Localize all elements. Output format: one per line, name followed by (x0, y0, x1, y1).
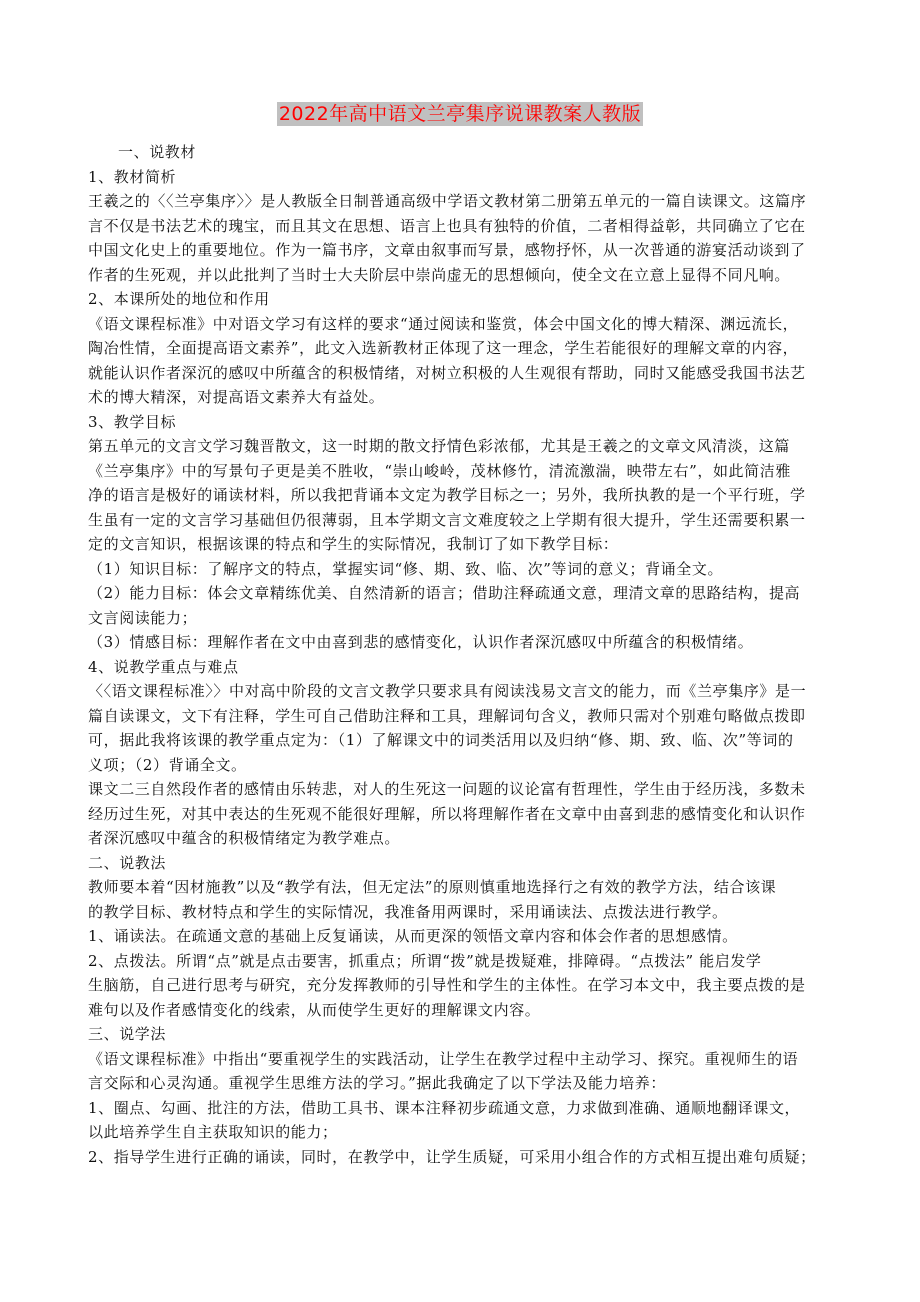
paragraph-line: 篇自读课文，文下有注释，学生可自己借助注释和工具，理解词句含义，教师只需对个别难… (88, 704, 838, 729)
document-page: 2022年高中语文兰亭集序说课教案人教版 一、说教材 1、教材简析 王羲之的〈〈… (0, 0, 920, 1302)
paragraph-line: 定的文言知识，根据该课的特点和学生的实际情况，我制订了如下教学目标： (88, 532, 838, 557)
paragraph-line: 《语文课程标准》中对语文学习有这样的要求“通过阅读和鉴赏，体会中国文化的博大精深… (88, 312, 838, 337)
paragraph-line: 可，据此我将该课的教学重点定为：（1）了解课文中的词类活用以及归纳“修、期、致、… (88, 728, 838, 753)
paragraph-line: 生脑筋，自己进行思考与研究，充分发挥教师的引导性和学生的主体性。在学习本文中，我… (88, 973, 838, 998)
paragraph-line: 义项；（2）背诵全文。 (88, 753, 838, 778)
subheading-position-role: 2、本课所处的地位和作用 (88, 287, 838, 312)
paragraph-line: 王羲之的〈〈兰亭集序〉〉是人教版全日制普通高级中学语文教材第二册第五单元的一篇自… (88, 189, 838, 214)
paragraph-line: 《语文课程标准》中指出“要重视学生的实践活动，让学生在教学过程中主动学习、探究。… (88, 1047, 838, 1072)
paragraph-line: 以此培养学生自主获取知识的能力； (88, 1120, 838, 1145)
paragraph-line: 难句以及作者感情变化的线索，从而使学生更好的理解课文内容。 (88, 998, 838, 1023)
paragraph-line: 课文二三自然段作者的感情由乐转悲，对人的生死这一问题的议论富有哲理性，学生由于经… (88, 777, 838, 802)
section-heading-learning-method: 三、说学法 (88, 1022, 838, 1047)
paragraph-line: 中国文化史上的重要地位。作为一篇书序，文章由叙事而写景，感物抒怀，从一次普通的游… (88, 238, 838, 263)
method-guidance: 2、点拨法。所谓“点”就是点击要害，抓重点；所谓“拨”就是拨疑难，排障碍。“点拨… (88, 949, 838, 974)
goal-ability: （2）能力目标：体会文章精练优美、自然清新的语言；借助注释疏通文意，理清文章的思… (88, 581, 838, 606)
paragraph-line: 陶冶性情，全面提高语文素养”，此文入选新教材正体现了这一理念，学生若能很好的理解… (88, 336, 838, 361)
learning-method-annotation: 1、圈点、勾画、批注的方法，借助工具书、课本注释初步疏通文意，力求做到准确、通顺… (88, 1096, 838, 1121)
learning-method-recitation: 2、指导学生进行正确的诵读，同时，在教学中，让学生质疑，可采用小组合作的方式相互… (88, 1145, 838, 1170)
paragraph-line: 术的博大精深，对提高语文素养大有益处。 (88, 385, 838, 410)
goal-emotion: （3）情感目标：理解作者在文中由喜到悲的感情变化，认识作者深沉感叹中所蕴含的积极… (88, 630, 838, 655)
paragraph-line: 作者的生死观，并以此批判了当时士大夫阶层中崇尚虚无的思想倾向，使全文在立意上显得… (88, 263, 838, 288)
paragraph-line: 〈〈语文课程标准〉〉中对高中阶段的文言文教学只要求具有阅读浅易文言文的能力，而《… (88, 679, 838, 704)
method-recitation: 1、诵读法。在疏通文意的基础上反复诵读，从而更深的领悟文章内容和体会作者的思想感… (88, 924, 838, 949)
document-body: 一、说教材 1、教材简析 王羲之的〈〈兰亭集序〉〉是人教版全日制普通高级中学语文… (88, 140, 838, 1169)
title-container: 2022年高中语文兰亭集序说课教案人教版 (0, 102, 920, 126)
section-heading-teaching-method: 二、说教法 (88, 851, 838, 876)
section-heading-teaching-material: 一、说教材 (88, 140, 838, 165)
paragraph-line: 言不仅是书法艺术的瑰宝，而且其文在思想、语言上也具有独特的价值，二者相得益彰，共… (88, 214, 838, 239)
subheading-key-points: 4、说教学重点与难点 (88, 655, 838, 680)
paragraph-line: 教师要本着“因材施教”以及“教学有法，但无定法”的原则慎重地选择行之有效的教学方… (88, 875, 838, 900)
subheading-teaching-goals: 3、教学目标 (88, 410, 838, 435)
goal-knowledge: （1）知识目标：了解序文的特点，掌握实词“修、期、致、临、次”等词的意义；背诵全… (88, 557, 838, 582)
paragraph-line: 者深沉感叹中蕴含的积极情绪定为教学难点。 (88, 826, 838, 851)
subheading-material-analysis: 1、教材简析 (88, 165, 838, 190)
paragraph-line: 净的语言是极好的诵读材料，所以我把背诵本文定为教学目标之一；另外，我所执教的是一… (88, 483, 838, 508)
paragraph-line: 第五单元的文言文学习魏晋散文，这一时期的散文抒情色彩浓郁，尤其是王羲之的文章文风… (88, 434, 838, 459)
paragraph-line: 就能认识作者深沉的感叹中所蕴含的积极情绪，对树立积极的人生观很有帮助，同时又能感… (88, 361, 838, 386)
paragraph-line: 生虽有一定的文言学习基础但仍很薄弱，且本学期文言文难度较之上学期有很大提升，学生… (88, 508, 838, 533)
document-title: 2022年高中语文兰亭集序说课教案人教版 (277, 102, 643, 126)
paragraph-line: 《兰亭集序》中的写景句子更是美不胜收，“崇山峻岭，茂林修竹，清流激湍，映带左右”… (88, 459, 838, 484)
paragraph-line: 文言阅读能力； (88, 606, 838, 631)
paragraph-line: 言交际和心灵沟通。重视学生思维方法的学习。”据此我确定了以下学法及能力培养： (88, 1071, 838, 1096)
paragraph-line: 经历过生死，对其中表达的生死观不能很好理解，所以将理解作者在文章中由喜到悲的感情… (88, 802, 838, 827)
paragraph-line: 的教学目标、教材特点和学生的实际情况，我准备用两课时，采用诵读法、点拨法进行教学… (88, 900, 838, 925)
